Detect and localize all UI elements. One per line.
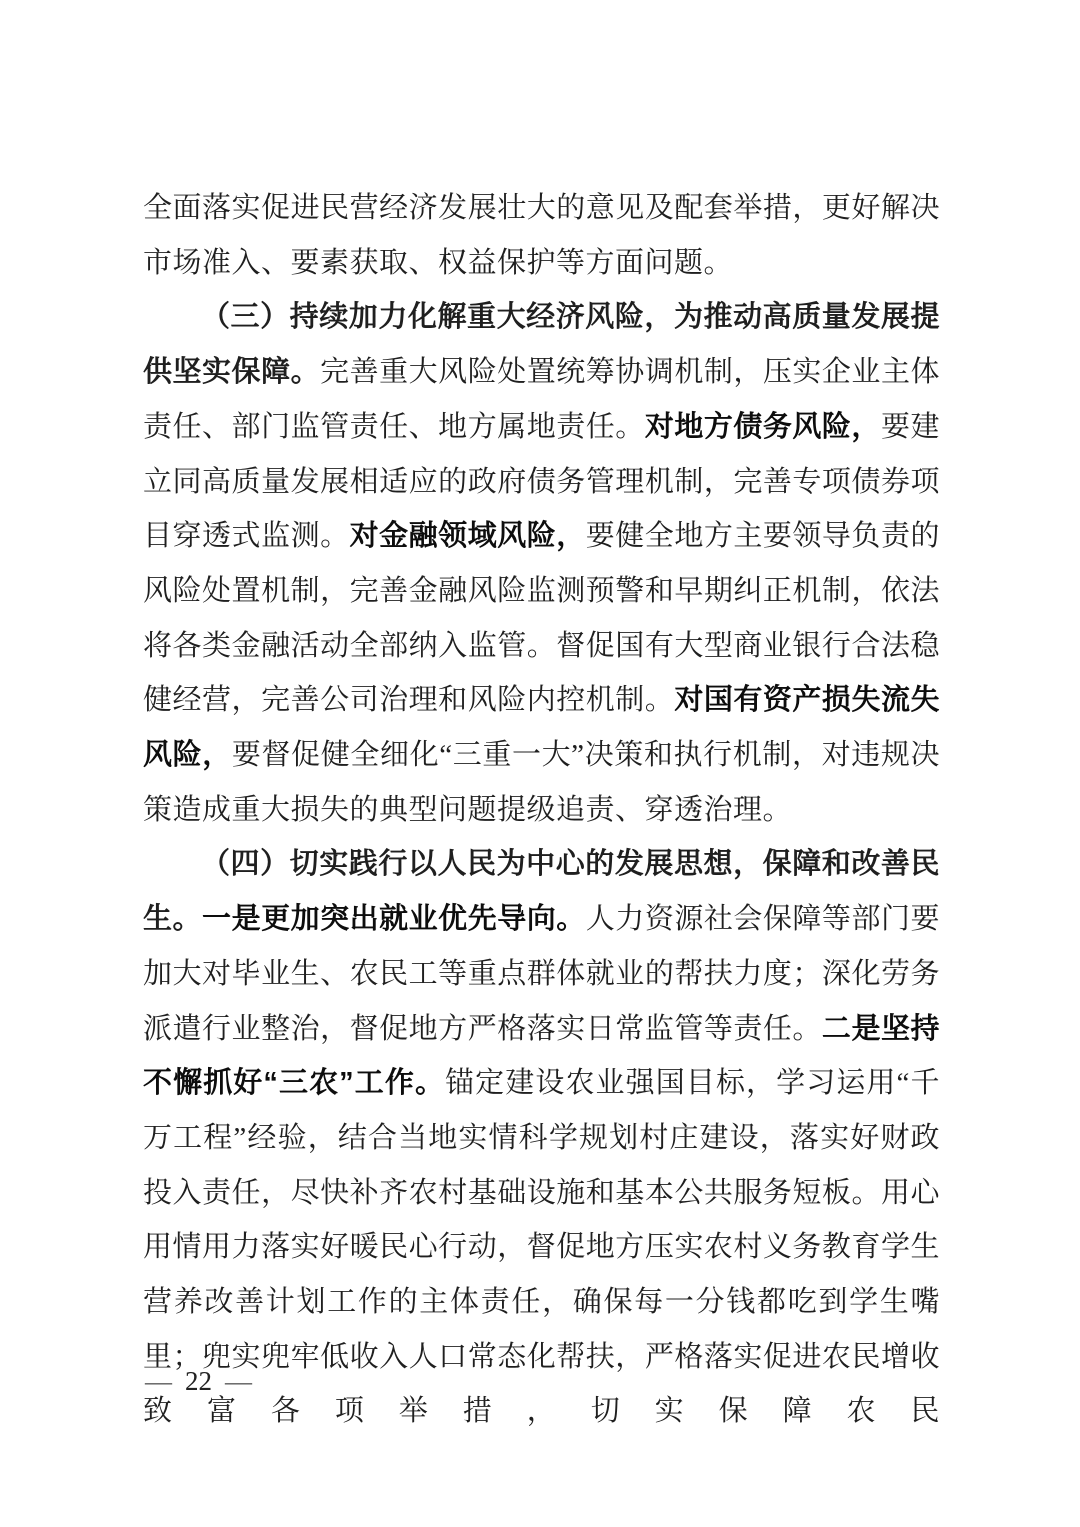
paragraph: （四）切实践行以人民为中心的发展思想，保障和改善民生。一是更加突出就业优先导向。… — [143, 837, 940, 1439]
text-segment: 锚定建设农业强国目标，学习运用“千万工程”经验，结合当地实情科学规划村庄建设，落… — [143, 1067, 940, 1427]
page-footer: — 22 — — [145, 1366, 252, 1397]
emphasis-segment: 对金融领域风险， — [350, 520, 586, 552]
document-body: 全面落实促进民营经济发展壮大的意见及配套举措，更好解决市场准入、要素获取、权益保… — [143, 181, 940, 1439]
text-segment: 全面落实促进民营经济发展壮大的意见及配套举措，更好解决市场准入、要素获取、权益保… — [143, 192, 940, 279]
emphasis-segment: 一是更加突出就业优先导向。 — [202, 903, 586, 935]
footer-left-dash: — — [145, 1366, 172, 1397]
page-number: 22 — [185, 1366, 212, 1397]
text-segment: 要督促健全细化“三重一大”决策和执行机制，对违规决策造成重大损失的典型问题提级追… — [143, 739, 940, 826]
document-page: { "document": { "footer": { "left_dash":… — [0, 0, 1080, 1527]
paragraph: （三）持续加力化解重大经济风险，为推动高质量发展提供坚实保障。完善重大风险处置统… — [143, 290, 940, 837]
emphasis-segment: 对地方债务风险， — [645, 411, 881, 443]
footer-right-dash: — — [225, 1366, 252, 1397]
paragraph: 全面落实促进民营经济发展壮大的意见及配套举措，更好解决市场准入、要素获取、权益保… — [143, 181, 940, 290]
